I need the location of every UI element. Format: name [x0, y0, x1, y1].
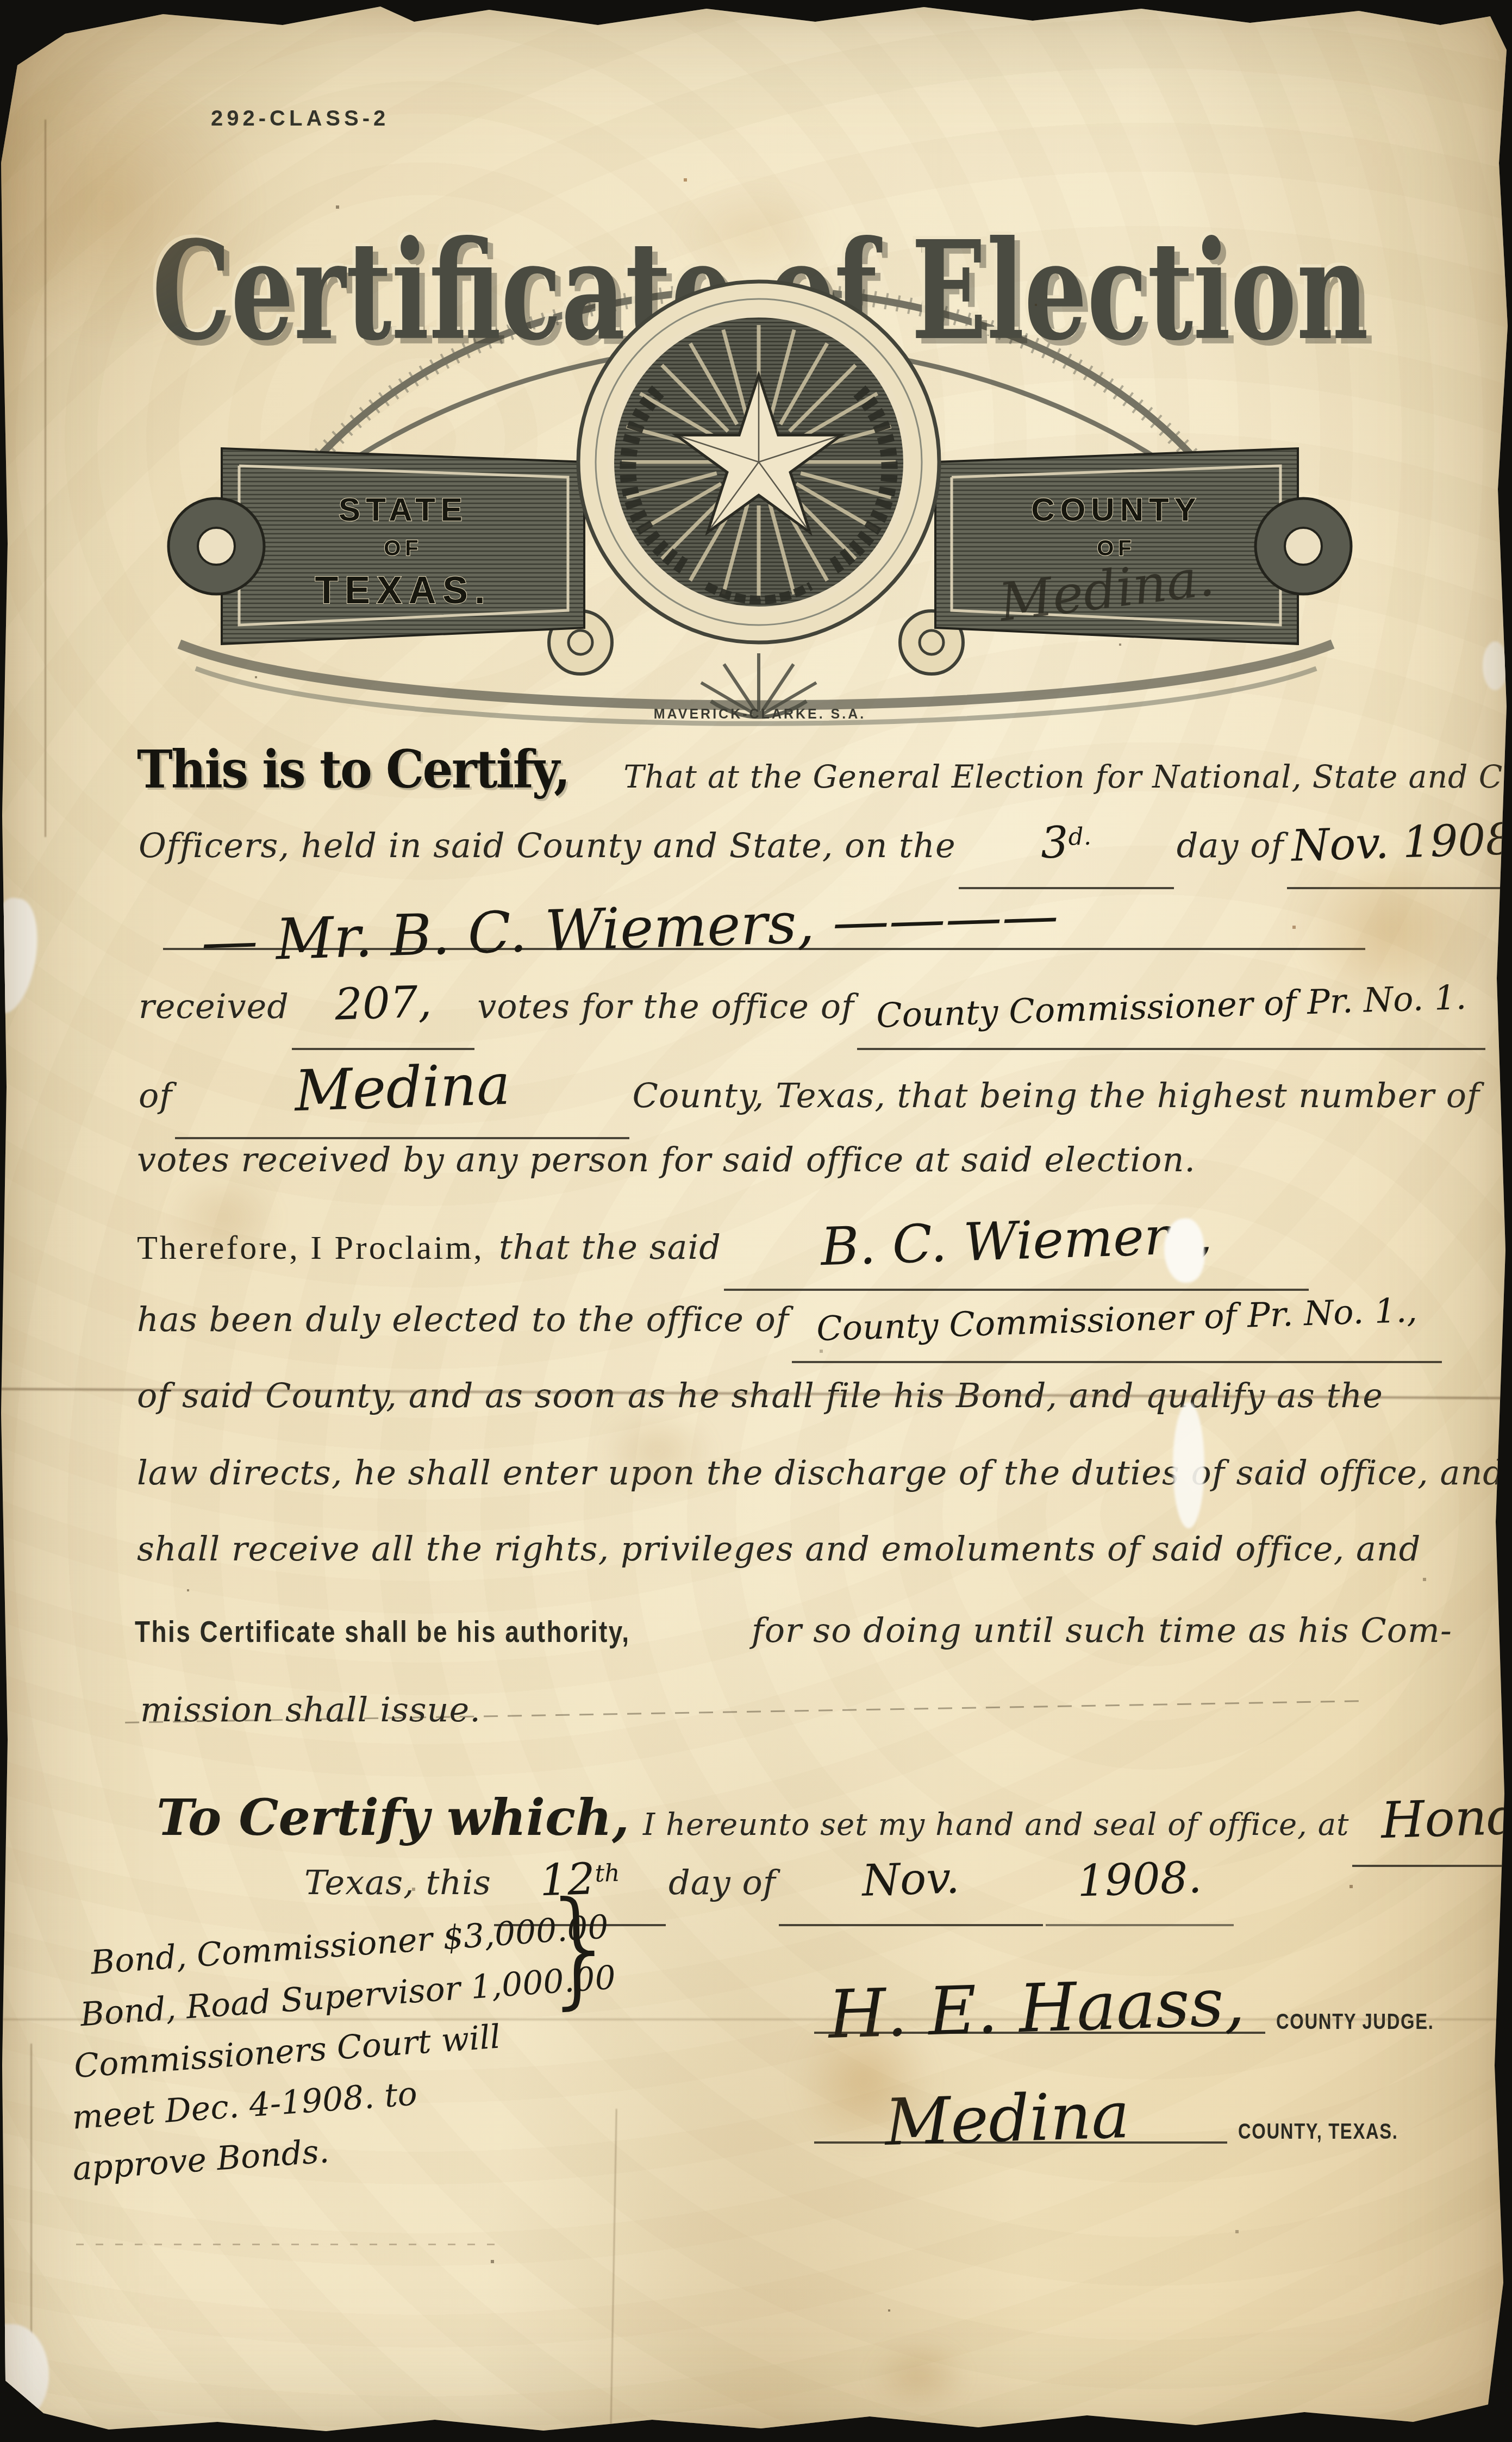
state-word: STATE: [339, 491, 468, 528]
body-line-13: mission shall issue.: [140, 1689, 481, 1748]
body-line-14: To Certify which, I hereunto set my hand…: [157, 1793, 1512, 1867]
texas-word: TEXAS.: [315, 569, 492, 611]
place-entry: Hondo,: [1380, 1791, 1512, 1845]
county-label: COUNTY, TEXAS.: [1238, 2121, 1398, 2143]
cert-year-blank: 1908.: [1046, 1859, 1234, 1926]
line11-text: shall receive all the rights, privileges…: [137, 1529, 1421, 1569]
body-line-12: This Certificate shall be his authority,…: [135, 1610, 1452, 1669]
elected-name-entry: — Mr. B. C. Wiemers, ————: [201, 888, 1059, 969]
line10-text: law directs, he shall enter upon the dis…: [137, 1453, 1505, 1492]
judge-signature-rule: H. E. Haass,: [814, 1954, 1265, 2034]
tear-bottom-left: [0, 2324, 49, 2422]
body-line-5: of Medina County, Texas, that being the …: [139, 1061, 1480, 1139]
election-date-entry: Nov. 1908.: [1290, 818, 1512, 867]
county-word: COUNTY: [1031, 491, 1201, 528]
body-line-4: received 207, votes for the office of Co…: [139, 983, 1485, 1050]
line8-text-a: has been duly elected to the office of: [137, 1300, 789, 1339]
election-day-suffix: d.: [1068, 826, 1091, 849]
state-banner-panel: STATE OF TEXAS.: [168, 448, 584, 644]
line9-text: of said County, and as soon as he shall …: [137, 1376, 1383, 1415]
certificate-paper: 292-CLASS-2 Certificate of Election Ce: [0, 0, 1512, 2442]
body-line-9: of said County, and as soon as he shall …: [137, 1375, 1383, 1434]
line2-text-b: day of: [1177, 826, 1284, 865]
votes-entry: 207,: [334, 981, 432, 1026]
body-line-7: Therefore, I Proclaim, that the said B. …: [137, 1216, 1309, 1291]
stain-bottom-mid: [848, 2326, 989, 2424]
cert-year-entry: 1908.: [1077, 1857, 1202, 1902]
line4-text-a: received: [139, 986, 289, 1026]
notes-brace: }: [539, 1884, 621, 2012]
handwritten-notes: Bond, Commissioner $3,000.00 Bond, Road …: [64, 1901, 628, 2194]
state-of-word: OF: [384, 536, 423, 560]
judge-signature: H. E. Haass,: [827, 1971, 1246, 2047]
line15-text-a: Texas, this: [304, 1863, 491, 1902]
name2-entry: B. C. Wiemers,: [820, 1210, 1213, 1272]
bottom-vertical-crease: [610, 2109, 617, 2435]
to-certify-lead: To Certify which,: [157, 1788, 629, 1847]
cert-month-blank: Nov.: [779, 1859, 1043, 1926]
line15-text-b: day of: [668, 1863, 776, 1902]
texas-state-seal: [578, 282, 939, 642]
left-edge-crease-lower: [30, 2044, 32, 2435]
dotted-remnant-line: [76, 2244, 500, 2245]
place-blank: Hondo,: [1352, 1794, 1512, 1867]
office-entry: County Commissioner of Pr. No. 1.: [876, 982, 1467, 1032]
name-rule: — Mr. B. C. Wiemers, ————: [163, 869, 1365, 950]
body-line-1: This is to Certify, That at the General …: [137, 744, 1512, 814]
line2-text-a: Officers, held in said County and State,…: [139, 826, 956, 865]
printer-imprint: MAVERICK-CLARKE. S.A.: [654, 707, 866, 722]
engraved-header: Certificate of Election Certificate of E…: [0, 92, 1512, 734]
tear-left-edge: [0, 895, 43, 1017]
line1-text: That at the General Election for Nationa…: [623, 759, 1512, 795]
certify-lead: This is to Certify,: [137, 744, 569, 796]
cert-month-entry: Nov.: [861, 1857, 960, 1902]
line5-text-a: of: [139, 1076, 172, 1115]
line7-text-b: that the said: [499, 1227, 721, 1267]
name2-blank: B. C. Wiemers,: [724, 1216, 1309, 1291]
paper-specks: [0, 0, 1, 1]
office-blank: County Commissioner of Pr. No. 1.: [857, 986, 1485, 1050]
votes-blank: 207,: [292, 983, 474, 1050]
line6-text: votes received by any person for said of…: [137, 1140, 1196, 1179]
judge-label: COUNTY JUDGE.: [1276, 2011, 1434, 2033]
line13-text: mission shall issue.: [140, 1690, 481, 1729]
scanned-certificate-page: { "page": { "scan_background": "#11100d"…: [0, 0, 1512, 2442]
line14-text-b: I hereunto set my hand and seal of offic…: [643, 1807, 1349, 1843]
proclaim-lead: Therefore, I Proclaim,: [137, 1229, 484, 1266]
line5-text-b: County, Texas, that being the highest nu…: [632, 1076, 1480, 1115]
body-line-11: shall receive all the rights, privileges…: [137, 1528, 1421, 1587]
county-signature-rule: Medina: [814, 2070, 1227, 2144]
body-line-8: has been duly elected to the office of C…: [137, 1299, 1442, 1363]
county-entry: Medina: [293, 1058, 511, 1118]
county-banner-panel: COUNTY OF Medina.: [935, 448, 1351, 644]
certificate-authority-lead: This Certificate shall be his authority,: [135, 1616, 630, 1647]
line12-text-b: for so doing until such time as his Com-: [752, 1610, 1452, 1650]
line4-text-b: votes for the office of: [477, 986, 854, 1026]
county-blank: Medina: [175, 1061, 629, 1139]
county-signature: Medina: [884, 2084, 1130, 2153]
election-day-entry: 3: [1040, 817, 1070, 869]
office2-blank: County Commissioner of Pr. No. 1.,: [792, 1299, 1442, 1363]
body-line-6: votes received by any person for said of…: [137, 1139, 1196, 1198]
office2-entry: County Commissioner of Pr. No. 1.,: [816, 1295, 1417, 1346]
body-line-10: law directs, he shall enter upon the dis…: [137, 1452, 1505, 1511]
